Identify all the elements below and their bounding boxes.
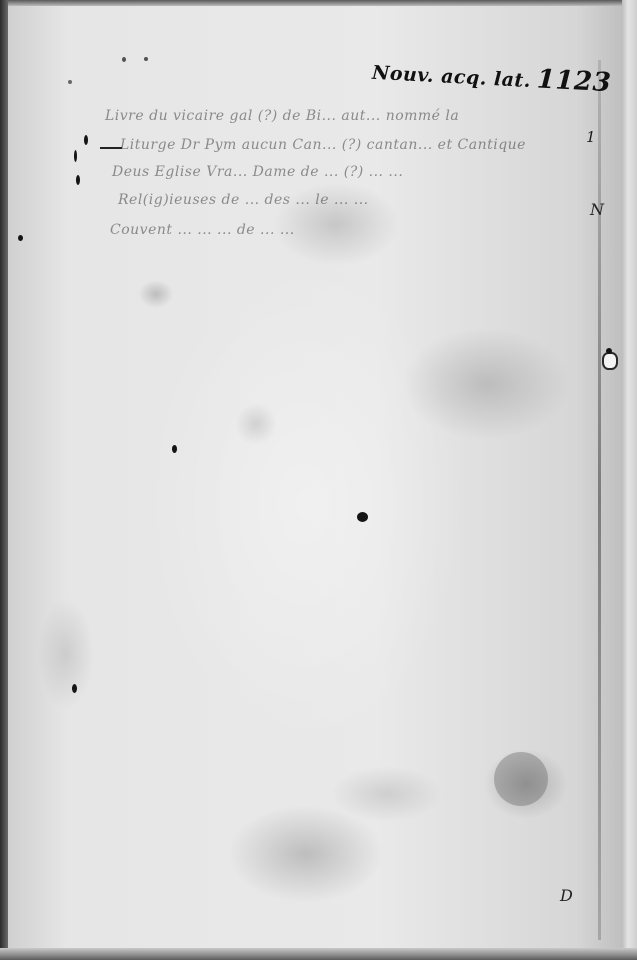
page-top-edge	[0, 0, 637, 6]
page-right-edge	[622, 0, 637, 960]
fold-mark-bottom: D	[560, 886, 573, 905]
manuscript-line-5: Couvent ... ... ... de ... ...	[110, 222, 295, 238]
manuscript-line-1: Livre du vicaire gal (?) de Bi... aut...…	[105, 108, 459, 124]
folio-number: 1	[586, 128, 596, 146]
fold-mark-top: N	[590, 200, 604, 219]
ink-spot	[122, 57, 126, 62]
page-fold-line	[598, 60, 601, 940]
margin-dash	[100, 147, 122, 149]
shelfmark-number: 1123	[536, 64, 612, 98]
ink-blot	[357, 512, 368, 522]
ink-spot	[72, 684, 77, 693]
ink-spot	[68, 80, 72, 84]
ink-spot	[18, 235, 23, 241]
page-left-edge	[0, 0, 8, 960]
circular-stain	[494, 752, 548, 806]
manuscript-line-2: Liturge Dr Pym aucun Can... (?) cantan..…	[120, 137, 526, 153]
manuscript-line-4: Rel(ig)ieuses de ... des ... le ... ...	[118, 192, 369, 208]
ink-spot	[74, 150, 77, 162]
ink-spot	[172, 445, 177, 453]
ink-spot	[144, 57, 148, 61]
ink-spot	[76, 175, 80, 185]
page-bottom-edge	[0, 948, 637, 960]
manuscript-line-3: Deus Eglise Vra... Dame de ... (?) ... .…	[112, 164, 403, 180]
ink-spot	[84, 135, 88, 145]
torn-hole	[602, 352, 618, 370]
ink-spot	[606, 348, 612, 354]
document-page: Nouv. acq. lat.1123 1 N D Livre du vicai…	[0, 0, 637, 960]
